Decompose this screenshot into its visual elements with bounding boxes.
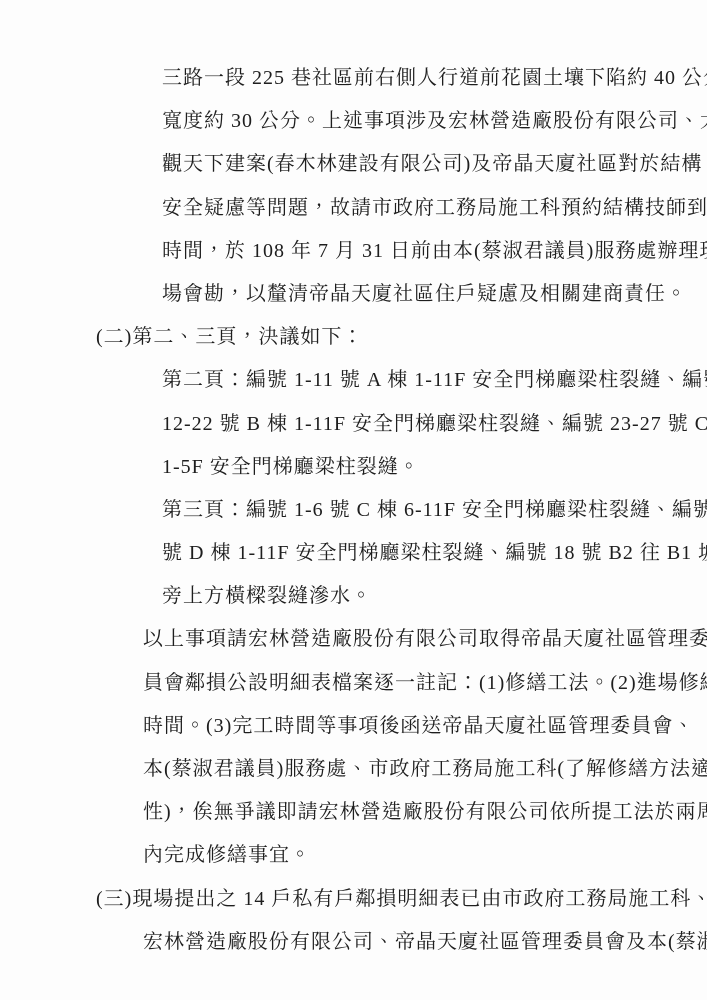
- doc-line: 號 D 棟 1-11F 安全門梯廳梁柱裂縫、編號 18 號 B2 往 B1 坡道: [162, 532, 613, 575]
- doc-line: 第三頁：編號 1-6 號 C 棟 6-11F 安全門梯廳梁柱裂縫、編號 1-17: [162, 489, 613, 532]
- doc-line: 場會勘，以釐清帝晶天廈社區住戶疑慮及相關建商責任。: [162, 273, 613, 316]
- doc-line: 12-22 號 B 棟 1-11F 安全門梯廳梁柱裂縫、編號 23-27 號 C…: [162, 403, 613, 446]
- doc-line: 性)，俟無爭議即請宏林營造廠股份有限公司依所提工法於兩周: [143, 791, 613, 834]
- doc-line-section-item: (三)現場提出之 14 戶私有戶鄰損明細表已由市政府工務局施工科、: [96, 878, 613, 921]
- doc-line: 第二頁：編號 1-11 號 A 棟 1-11F 安全門梯廳梁柱裂縫、編號: [162, 359, 613, 402]
- doc-line: 時間。(3)完工時間等事項後函送帝晶天廈社區管理委員會、: [143, 705, 613, 748]
- doc-line: 1-5F 安全門梯廳梁柱裂縫。: [162, 446, 613, 489]
- document-page: 三路一段 225 巷社區前右側人行道前花園土壤下陷約 40 公分 寬度約 30 …: [0, 57, 707, 964]
- doc-line: 以上事項請宏林營造廠股份有限公司取得帝晶天廈社區管理委: [143, 618, 613, 661]
- doc-line: 本(蔡淑君議員)服務處、市政府工務局施工科(了解修繕方法適當: [143, 748, 613, 791]
- doc-line: 寬度約 30 公分。上述事項涉及宏林營造廠股份有限公司、大: [162, 100, 613, 143]
- doc-line: 安全疑慮等問題，故請市政府工務局施工科預約結構技師到場: [162, 187, 613, 230]
- doc-line: 旁上方橫樑裂縫滲水。: [162, 575, 613, 618]
- doc-line: 觀天下建案(春木林建設有限公司)及帝晶天廈社區對於結構: [162, 143, 613, 186]
- doc-line: 宏林營造廠股份有限公司、帝晶天廈社區管理委員會及本(蔡淑君: [143, 921, 613, 964]
- doc-line: 三路一段 225 巷社區前右側人行道前花園土壤下陷約 40 公分: [162, 57, 613, 100]
- doc-line: 內完成修繕事宜。: [143, 834, 613, 877]
- doc-line: 時間，於 108 年 7 月 31 日前由本(蔡淑君議員)服務處辦理現: [162, 230, 613, 273]
- doc-line-section-item: (二)第二、三頁，決議如下：: [96, 316, 613, 359]
- doc-line: 員會鄰損公設明細表檔案逐一註記：(1)修繕工法。(2)進場修繕: [143, 662, 613, 705]
